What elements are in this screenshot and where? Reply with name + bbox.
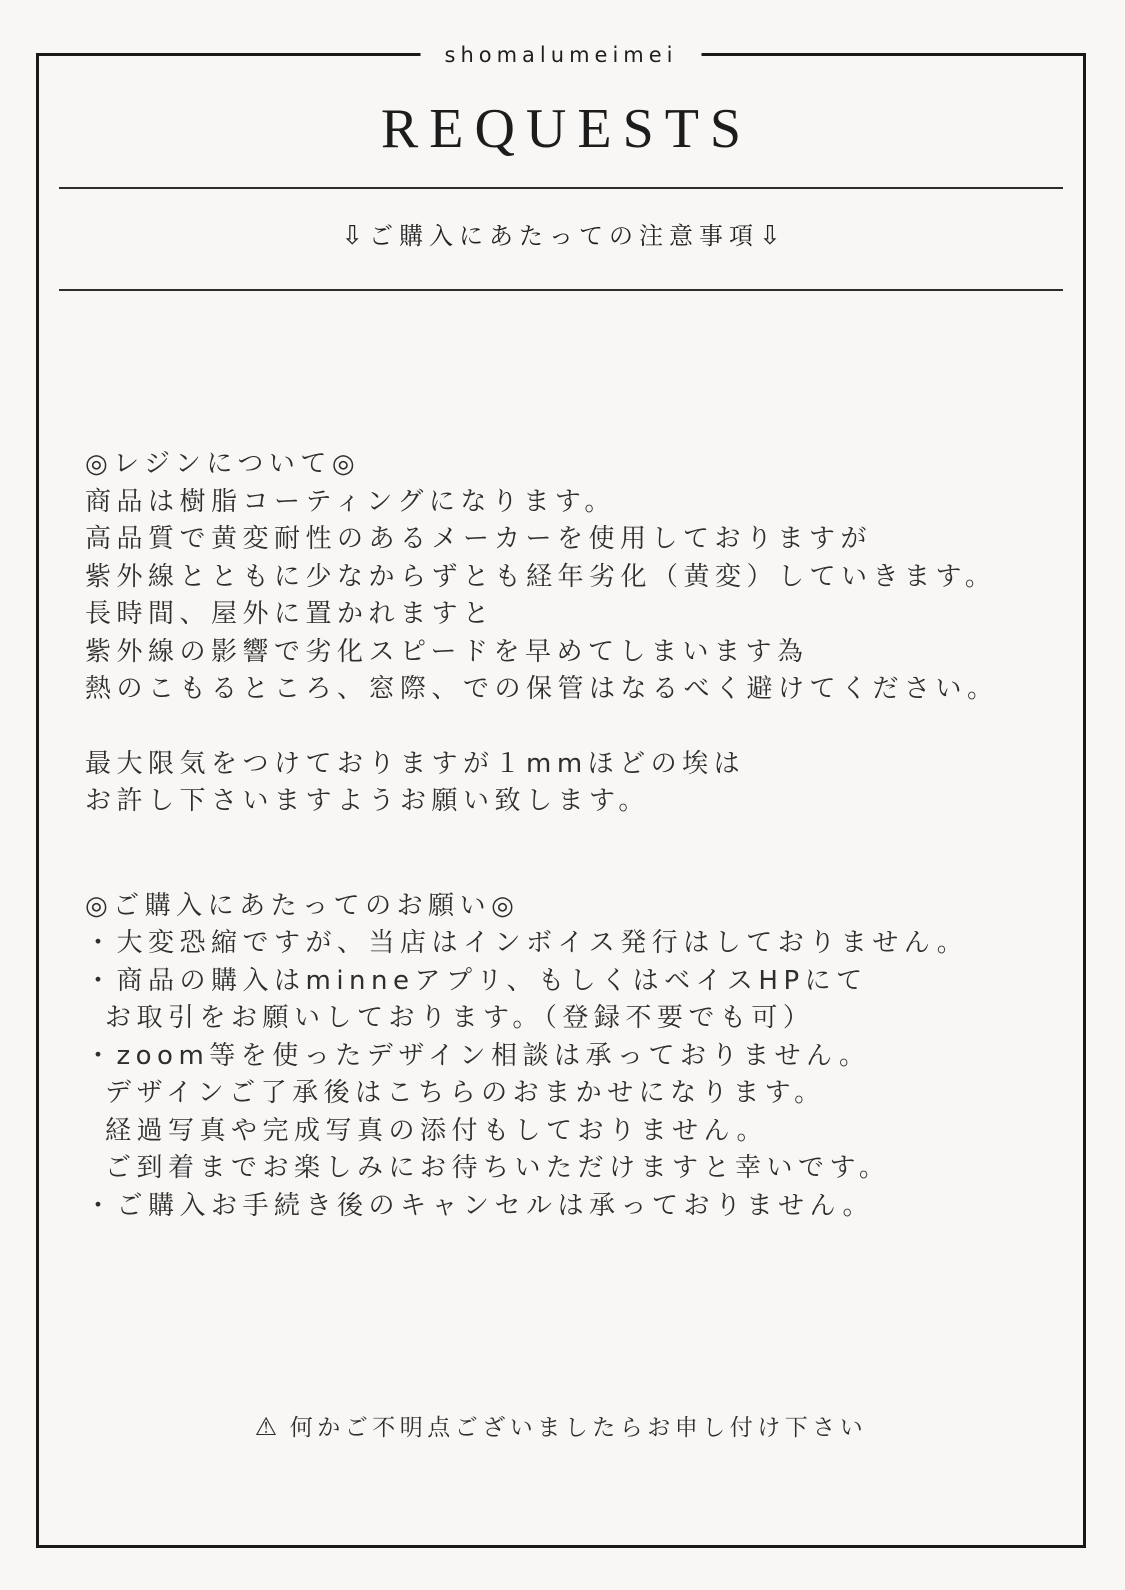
notice-line: ⇩ご購入にあたっての注意事項⇩ bbox=[39, 216, 1083, 256]
text-line: 高品質で黄変耐性のあるメーカーを使用しておりますが bbox=[85, 521, 1047, 559]
text-line: 最大限気をつけておりますが１mmほどの埃は bbox=[85, 746, 1047, 784]
resin-section-heading: ◎レジンについて◎ bbox=[85, 446, 1047, 484]
body-text: ◎レジンについて◎ 商品は樹脂コーティングになります。 高品質で黄変耐性のあるメ… bbox=[39, 291, 1083, 1225]
list-item-continuation: 経過写真や完成写真の添付もしておりません。 bbox=[85, 1113, 1047, 1151]
text-line: お許し下さいますようお願い致します。 bbox=[85, 783, 1047, 821]
notice-text: ご購入にあたっての注意事項 bbox=[369, 222, 759, 250]
footer-note: ⚠何かご不明点ございましたらお申し付け下さい bbox=[39, 1410, 1083, 1445]
list-item-continuation: お取引をお願いしております。（登録不要でも可） bbox=[85, 1000, 1047, 1038]
warning-icon: ⚠ bbox=[255, 1412, 282, 1441]
text-line: 紫外線の影響で劣化スピードを早めてしまいます為 bbox=[85, 634, 1047, 672]
text-line: 商品は樹脂コーティングになります。 bbox=[85, 484, 1047, 522]
divider-top bbox=[59, 187, 1063, 189]
down-arrow-icon: ⇩ bbox=[759, 221, 787, 251]
text-line: 紫外線とともに少なからずとも経年劣化（黄変）していきます。 bbox=[85, 559, 1047, 597]
purchase-section-heading: ◎ご購入にあたってのお願い◎ bbox=[85, 888, 1047, 926]
list-item-continuation: ご到着までお楽しみにお待ちいただけますと幸いです。 bbox=[85, 1150, 1047, 1188]
footer-text: 何かご不明点ございましたらお申し付け下さい bbox=[290, 1415, 868, 1441]
content-frame: shomalumeimei REQUESTS ⇩ご購入にあたっての注意事項⇩ ◎… bbox=[36, 53, 1086, 1548]
text-line: 熱のこもるところ、窓際、での保管はなるべく避けてください。 bbox=[85, 671, 1047, 709]
brand-label: shomalumeimei bbox=[421, 41, 702, 69]
list-item: ・ご購入お手続き後のキャンセルは承っておりません。 bbox=[85, 1188, 1047, 1226]
list-item-continuation: デザインご了承後はこちらのおまかせになります。 bbox=[85, 1075, 1047, 1113]
list-item: ・zoom等を使ったデザイン相談は承っておりません。 bbox=[85, 1038, 1047, 1076]
list-item: ・大変恐縮ですが、当店はインボイス発行はしておりません。 bbox=[85, 925, 1047, 963]
text-line: 長時間、屋外に置かれますと bbox=[85, 596, 1047, 634]
page-title: REQUESTS bbox=[39, 100, 1083, 158]
down-arrow-icon: ⇩ bbox=[341, 221, 369, 251]
list-item: ・商品の購入はminneアプリ、もしくはベイスHPにて bbox=[85, 963, 1047, 1001]
